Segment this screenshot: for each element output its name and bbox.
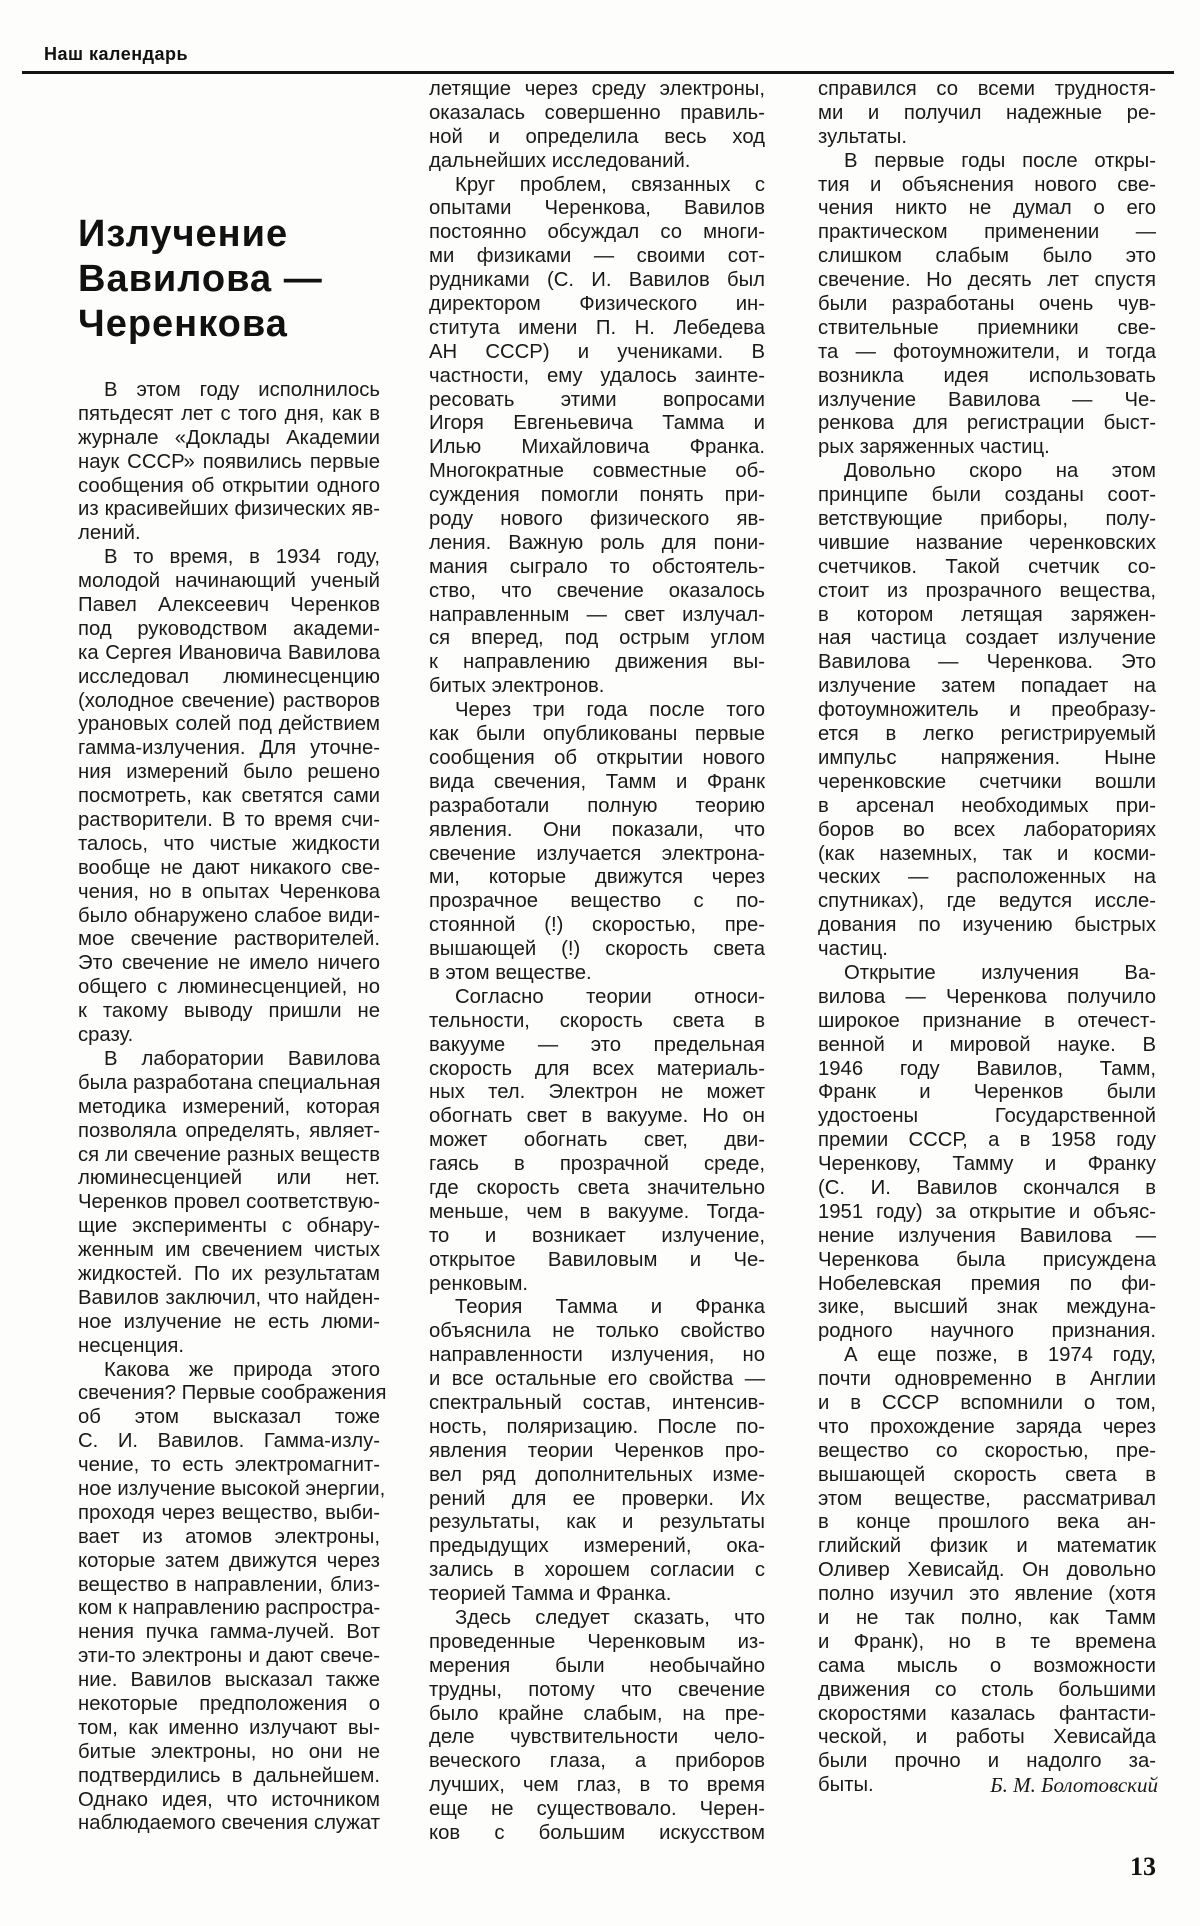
text-line: позволяла определять, являет- [78, 1120, 380, 1144]
text-line: ное излучение не есть люми- [78, 1311, 380, 1335]
text-line: счетчиков. Такой счетчик со- [818, 556, 1156, 580]
text-line: Однако идея, что источником [78, 1789, 380, 1813]
text-line: мое свечение растворителей. [78, 928, 380, 952]
text-line: ство, что свечение оказалось [429, 580, 765, 604]
text-line: вещество в направлении, близ- [78, 1574, 380, 1598]
text-line: жидкостей. По их результатам [78, 1263, 380, 1287]
text-line: премии СССР, а в 1958 году [818, 1129, 1156, 1153]
text-line: излучение Вавилова — Че- [818, 389, 1156, 413]
title-line: Вавилова — [78, 257, 323, 302]
text-line: предыдущих измерений, ока- [429, 1535, 765, 1559]
text-line: об этом высказал тоже [78, 1406, 380, 1430]
text-line: ных тел. Электрон не может [429, 1081, 765, 1105]
text-line: свечение излучается электрона- [429, 843, 765, 867]
text-line: вилова — Черенкова получило [818, 986, 1156, 1010]
text-line: чение, то есть электромагнит- [78, 1454, 380, 1478]
text-line: Черенков провел соответствую- [78, 1191, 380, 1215]
text-line: как были опубликованы первые [429, 723, 765, 747]
text-line: вещество со скоростью, пре- [818, 1440, 1156, 1464]
text-line: вел ряд дополнительных изме- [429, 1464, 765, 1488]
text-line: проведенные Черенковым из- [429, 1631, 765, 1655]
text-line: посмотреть, как светятся сами [78, 785, 380, 809]
text-line: ков с большим искусством [429, 1822, 765, 1846]
text-line: рений для ее проверки. Их [429, 1488, 765, 1512]
text-line: чившие название черенковских [818, 532, 1156, 556]
text-line: слишком слабым было это [818, 245, 1156, 269]
text-line: теорией Тамма и Франка. [429, 1583, 765, 1607]
title-line: Черенкова [78, 302, 323, 347]
section-rubric: Наш календарь [44, 44, 188, 65]
text-line: (С. И. Вавилов скончался в [818, 1177, 1156, 1201]
text-line: Многократные совместные об- [429, 460, 765, 484]
text-line: нения пучка гамма-лучей. Вот [78, 1621, 380, 1645]
text-line: битых электронов. [429, 675, 765, 699]
text-line: летящие через среду электроны, [429, 78, 765, 102]
text-line: ветствующие приборы, полу- [818, 508, 1156, 532]
text-line: щие эксперименты с обнару- [78, 1215, 380, 1239]
text-line: растворители. В то время счи- [78, 809, 380, 833]
text-line: Игоря Евгеньевича Тамма и [429, 412, 765, 436]
text-line: венной и мировой науке. В [818, 1034, 1156, 1058]
text-line: и в СССР вспомнили о том, [818, 1392, 1156, 1416]
text-line: широкое признание в отечест- [818, 1010, 1156, 1034]
text-line: исследовал люминесценцию [78, 666, 380, 690]
text-line: том, как именно излучают вы- [78, 1717, 380, 1741]
text-line: Через три года после того [429, 699, 765, 723]
text-line: ние. Вавилов высказал также [78, 1669, 380, 1693]
text-line: люминесценцией или нет. [78, 1167, 380, 1191]
text-line: Это свечение не имело ничего [78, 952, 380, 976]
text-line: АН СССР) и учениками. В [429, 341, 765, 365]
text-line: 1951 году) за открытие и объяс- [818, 1201, 1156, 1225]
text-line: рых заряженных частиц. [818, 436, 1156, 460]
title-line: Излучение [78, 212, 323, 257]
text-line: мерения были необычайно [429, 1655, 765, 1679]
text-line: ка Сергея Ивановича Вавилова [78, 642, 380, 666]
text-line: спутниках), где ведутся иссле- [818, 890, 1156, 914]
text-line: некоторые предположения о [78, 1693, 380, 1717]
text-line: практическом применении — [818, 221, 1156, 245]
text-line: результаты, как и результаты [429, 1511, 765, 1535]
text-line: обогнать свет в вакууме. Но он [429, 1105, 765, 1129]
text-line: Илью Михайловича Франка. [429, 436, 765, 460]
text-line: и не так полно, как Тамм [818, 1607, 1156, 1631]
text-line: сообщения об открытии нового [429, 747, 765, 771]
text-line: сообщения об открытии одного [78, 475, 380, 499]
text-line: ми физиками — своими сот- [429, 245, 765, 269]
text-line: трудны, потому что свечение [429, 1679, 765, 1703]
text-line: стоянной (!) скоростью, пре- [429, 914, 765, 938]
text-line: явления. Они показали, что [429, 819, 765, 843]
text-line: родного научного признания. [818, 1320, 1156, 1344]
text-line: этом веществе, рассматривал [818, 1488, 1156, 1512]
text-line: ся ли свечение разных веществ [78, 1144, 380, 1168]
text-line: методика измерений, которая [78, 1096, 380, 1120]
text-line: прозрачное вещество с по- [429, 890, 765, 914]
text-line: Черенкову, Тамму и Франку [818, 1153, 1156, 1177]
text-line: из красивейших физических яв- [78, 498, 380, 522]
text-line: сама мысль о возможности [818, 1655, 1156, 1679]
text-line: полно изучил это явление (хотя [818, 1583, 1156, 1607]
text-line: вакууме — это предельная [429, 1034, 765, 1058]
text-line: дальнейших исследований. [429, 150, 765, 174]
text-line: черенковские счетчики вошли [818, 771, 1156, 795]
text-line: А еще позже, в 1974 году, [818, 1344, 1156, 1368]
text-line: ная частица создает излучение [818, 627, 1156, 651]
text-line: удостоены Государственной [818, 1105, 1156, 1129]
text-line: движения со столь большими [818, 1679, 1156, 1703]
text-line: журнале «Доклады Академии [78, 427, 380, 451]
text-line: фотоумножитель и преобразу- [818, 699, 1156, 723]
text-line: тельности, скорость света в [429, 1010, 765, 1034]
text-line: были прочно и надолго за- [818, 1750, 1156, 1774]
text-column-left: В этом году исполнилосьпятьдесят лет с т… [78, 379, 380, 1836]
text-line: проходя через вещество, выби- [78, 1502, 380, 1526]
text-line: Оливер Хевисайд. Он довольно [818, 1559, 1156, 1583]
text-line: то и возникает излучение, [429, 1225, 765, 1249]
text-line: ность, поляризацию. После по- [429, 1416, 765, 1440]
text-line: В этом году исполнилось [78, 379, 380, 403]
text-line: спектральный состав, интенсив- [429, 1392, 765, 1416]
text-line: молодой начинающий ученый [78, 570, 380, 594]
text-line: Круг проблем, связанных с [429, 174, 765, 198]
text-line: В то время, в 1934 году, [78, 546, 380, 570]
text-line: ми и получил надежные ре- [818, 102, 1156, 126]
text-line: общего с люминесценцией, но [78, 976, 380, 1000]
text-line: и все остальные его свойства — [429, 1368, 765, 1392]
text-line: ми, которые движутся через [429, 866, 765, 890]
text-line: было обнаружено слабое види- [78, 905, 380, 929]
text-line: 1946 году Вавилов, Тамм, [818, 1058, 1156, 1082]
text-line: частности, ему удалось заинте- [429, 365, 765, 389]
text-line: глийский физик и математик [818, 1535, 1156, 1559]
text-line: в конце прошлого века ан- [818, 1511, 1156, 1535]
text-line: частиц. [818, 938, 1156, 962]
header-divider [22, 71, 1174, 74]
text-line: несценция. [78, 1335, 380, 1359]
text-line: ся вперед, под острым углом [429, 627, 765, 651]
text-line: тия и объяснения нового све- [818, 174, 1156, 198]
text-line: лений. [78, 522, 380, 546]
text-line: ствительные приемники све- [818, 317, 1156, 341]
text-line: Вавилова — Черенкова. Это [818, 651, 1156, 675]
text-line: В лаборатории Вавилова [78, 1048, 380, 1072]
text-line: может обогнать свет, дви- [429, 1129, 765, 1153]
text-line: Нобелевская премия по фи- [818, 1273, 1156, 1297]
text-line: зались в хорошем согласии с [429, 1559, 765, 1583]
text-line: директором Физического ин- [429, 293, 765, 317]
text-line: Здесь следует сказать, что [429, 1607, 765, 1631]
text-line: Теория Тамма и Франка [429, 1296, 765, 1320]
text-line: свечение. Но десять лет спустя [818, 269, 1156, 293]
text-line: стоит из прозрачного вещества, [818, 580, 1156, 604]
text-line: скоростями казалась фантасти- [818, 1703, 1156, 1727]
text-line: в котором летящая заряжен- [818, 604, 1156, 628]
text-line: эти-то электроны и дают свече- [78, 1645, 380, 1669]
text-line: ется в легко регистрируемый [818, 723, 1156, 747]
text-line: деле чувствительности чело- [429, 1726, 765, 1750]
text-line: ститута имени П. Н. Лебедева [429, 317, 765, 341]
text-line: в этом веществе. [429, 962, 765, 986]
text-line: ной и определила весь ход [429, 126, 765, 150]
text-line: Франк и Черенков были [818, 1081, 1156, 1105]
text-line: справился со всеми трудностя- [818, 78, 1156, 102]
text-line: роду нового физического яв- [429, 508, 765, 532]
text-line: вает из атомов электроны, [78, 1526, 380, 1550]
text-line: В первые годы после откры- [818, 150, 1156, 174]
text-line: Какова же природа этого [78, 1359, 380, 1383]
text-line: открытое Вавиловым и Че- [429, 1249, 765, 1273]
text-line: направленности излучения, но [429, 1344, 765, 1368]
author-signature: Б. М. Болотовский [990, 1773, 1158, 1798]
text-line: суждения помогли понять при- [429, 484, 765, 508]
text-line: веческого глаза, а приборов [429, 1750, 765, 1774]
text-line: меньше, чем в вакууме. Тогда- [429, 1201, 765, 1225]
text-line: (как наземных, так и косми- [818, 843, 1156, 867]
text-line: пятьдесят лет с того дня, как в [78, 403, 380, 427]
text-line: к такому выводу пришли не [78, 1000, 380, 1024]
text-line: С. И. Вавилов. Гамма-излу- [78, 1430, 380, 1454]
text-line: сразу. [78, 1024, 380, 1048]
text-line: ческих — расположенных на [818, 866, 1156, 890]
text-line: и Франк), но в те времена [818, 1631, 1156, 1655]
text-line: возникла идея использовать [818, 365, 1156, 389]
text-line: излучение затем попадает на [818, 675, 1156, 699]
text-line: под руководством академи- [78, 618, 380, 642]
text-line: рудниками (С. И. Вавилов был [429, 269, 765, 293]
text-line: были разработаны очень чув- [818, 293, 1156, 317]
text-line: дования по изучению быстрых [818, 914, 1156, 938]
text-line: чения, но в опытах Черенкова [78, 881, 380, 905]
text-line: что прохождение заряда через [818, 1416, 1156, 1440]
text-line: ком к направлению распростра- [78, 1597, 380, 1621]
text-line: ресовать этими вопросами [429, 389, 765, 413]
text-line: ния измерений было решено [78, 761, 380, 785]
text-line: явления теории Черенков про- [429, 1440, 765, 1464]
text-line: лучших, чем глаз, в то время [429, 1774, 765, 1798]
text-column-right: справился со всеми трудностя-ми и получи… [818, 78, 1156, 1798]
text-line: гамма-излучения. Для уточне- [78, 737, 380, 761]
text-line: мания сыграло то обстоятель- [429, 556, 765, 580]
text-line: была разработана специальная [78, 1072, 380, 1096]
text-line: импульс напряжения. Ныне [818, 747, 1156, 771]
text-line: Вавилов заключил, что найден- [78, 1287, 380, 1311]
text-line: нение излучения Вавилова — [818, 1225, 1156, 1249]
text-line: Черенкова была присуждена [818, 1249, 1156, 1273]
text-line: ления. Важную роль для пони- [429, 532, 765, 556]
text-line: чения никто не думал о его [818, 197, 1156, 221]
text-line: гаясь в прозрачной среде, [429, 1153, 765, 1177]
text-line: было крайне слабым, на пре- [429, 1703, 765, 1727]
text-line: зультаты. [818, 126, 1156, 150]
text-line: свечения? Первые соображения [78, 1382, 380, 1406]
text-line: принципе были созданы соот- [818, 484, 1156, 508]
text-line: зике, высший знак междуна- [818, 1296, 1156, 1320]
text-line: Павел Алексеевич Черенков [78, 594, 380, 618]
text-line: боров во всех лабораториях [818, 819, 1156, 843]
text-line: скорость для всех материаль- [429, 1058, 765, 1082]
text-line: талось, что чистые жидкости [78, 833, 380, 857]
text-line: женным им свечением чистых [78, 1239, 380, 1263]
text-line: (холодное свечение) растворов [78, 690, 380, 714]
text-line: Согласно теории относи- [429, 986, 765, 1010]
text-line: опытами Черенкова, Вавилов [429, 197, 765, 221]
text-line: ческой, и работы Хевисайда [818, 1726, 1156, 1750]
article-title: Излучение Вавилова — Черенкова [78, 212, 323, 347]
text-line: направленным — свет излучал- [429, 604, 765, 628]
text-line: ренкова для регистрации быст- [818, 412, 1156, 436]
text-line: ное излучение высокой энергии, [78, 1478, 380, 1502]
text-column-middle: летящие через среду электроны,оказалась … [429, 78, 765, 1846]
text-line: вида свечения, Тамм и Франк [429, 771, 765, 795]
text-line: оказалась совершенно правиль- [429, 102, 765, 126]
page-number: 13 [1130, 1852, 1156, 1882]
text-line: почти одновременно в Англии [818, 1368, 1156, 1392]
text-line: где скорость света значительно [429, 1177, 765, 1201]
text-line: подтвердились в дальнейшем. [78, 1765, 380, 1789]
text-line: урановых солей под действием [78, 713, 380, 737]
text-line: вышающей скорость света в [818, 1464, 1156, 1488]
text-line: Довольно скоро на этом [818, 460, 1156, 484]
text-line: битые электроны, но они не [78, 1741, 380, 1765]
text-line: наук СССР» появились первые [78, 451, 380, 475]
text-line: разработали полную теорию [429, 795, 765, 819]
text-line: которые затем движутся через [78, 1550, 380, 1574]
text-line: вообще не дают никакого све- [78, 857, 380, 881]
text-line: Открытие излучения Ва- [818, 962, 1156, 986]
text-line: наблюдаемого свечения служат [78, 1812, 380, 1836]
text-line: вышающей (!) скорость света [429, 938, 765, 962]
text-line: в арсенал необходимых при- [818, 795, 1156, 819]
text-line: ренковым. [429, 1273, 765, 1297]
text-line: та — фотоумножители, и тогда [818, 341, 1156, 365]
text-line: объяснила не только свойство [429, 1320, 765, 1344]
text-line: к направлению движения вы- [429, 651, 765, 675]
text-line: еще не существовало. Черен- [429, 1798, 765, 1822]
text-line: постоянно обсуждал со многи- [429, 221, 765, 245]
